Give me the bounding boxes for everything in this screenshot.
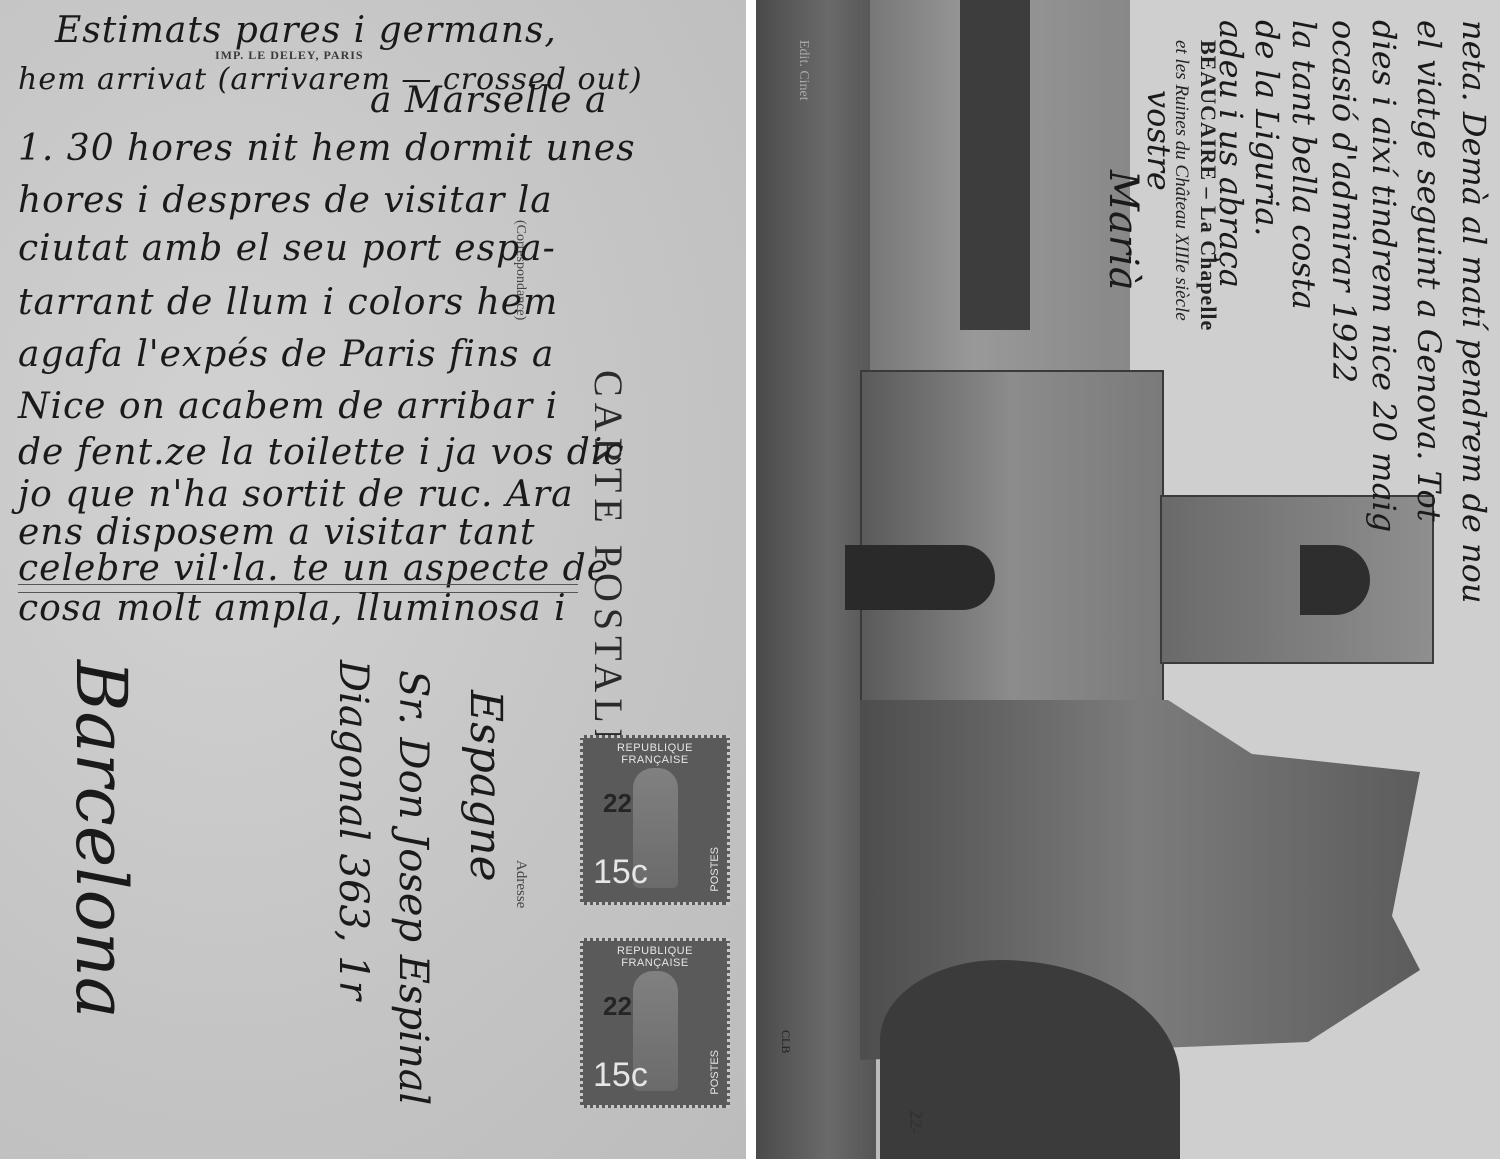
- message-line: ens disposem a visitar tant: [18, 512, 535, 553]
- photo-chapel-door: [845, 545, 995, 610]
- card-number: 22-: [905, 1110, 926, 1134]
- message-line: tarrant de llum i colors hem: [18, 282, 558, 323]
- address-street: Diagonal 363, 1r: [330, 660, 376, 1000]
- photo-shadow: [960, 0, 1030, 330]
- publisher-label: Edit. Cinet: [795, 40, 811, 101]
- message-line: ciutat amb el seu port espa-: [18, 228, 556, 269]
- address-label: Adresse: [512, 860, 529, 908]
- message-line: 1. 30 hores nit hem dormit unes: [18, 128, 636, 169]
- message-line: de fent.ze la toilette i ja vos dic: [18, 432, 624, 473]
- handwriting-line: ocasió d'admirar 1922: [1325, 20, 1363, 383]
- handwriting-line: neta. Demà al matí pendrem de nou: [1455, 20, 1493, 604]
- publisher-mark: CLB: [778, 1030, 793, 1053]
- handwriting-line: el viatge seguint a Genova. Tot: [1410, 20, 1448, 522]
- message-line: agafa l'expés de Paris fins a: [18, 334, 554, 375]
- photo-chapel: [860, 370, 1164, 704]
- stamp-value: 15c: [593, 1056, 648, 1095]
- address-city: Barcelona: [60, 660, 142, 1019]
- postage-stamp: REPUBLIQUE FRANÇAISE 22 15c POSTES: [580, 735, 730, 905]
- photo-tower-arch: [1300, 545, 1370, 615]
- signature: Marià: [1100, 170, 1146, 291]
- message-line: cosa molt ampla, lluminosa i: [18, 588, 567, 629]
- address-country: Espagne: [460, 690, 511, 882]
- message-line: hores i despres de visitar la: [18, 180, 553, 221]
- postage-stamp: REPUBLIQUE FRANÇAISE 22 15c POSTES: [580, 938, 730, 1108]
- stamp-side-label: POSTES: [709, 847, 721, 892]
- handwriting-line: adeu i us abraça: [1212, 20, 1250, 288]
- divider-line: [18, 584, 578, 585]
- postcard-back: IMP. LE DELEY, PARIS (Correspondance) CA…: [0, 0, 746, 1159]
- message-line: jo que n'ha sortit de ruc. Ara: [18, 474, 574, 515]
- handwriting-line: la tant bella costa: [1285, 20, 1323, 310]
- stamp-header: REPUBLIQUE FRANÇAISE: [589, 742, 721, 766]
- handwriting-line: de la Liguria.: [1248, 20, 1286, 236]
- stamp-value: 15c: [593, 853, 648, 892]
- stamp-side-label: POSTES: [709, 1050, 721, 1095]
- image-divider: [746, 0, 756, 1159]
- message-line: Nice on acabem de arribar i: [18, 386, 558, 427]
- message-line: celebre vil·la. te un aspecte de: [18, 548, 609, 589]
- postmark: 22: [603, 991, 632, 1022]
- postmark: 22: [603, 788, 632, 819]
- address-recipient: Sr. Don Josep Espinal: [390, 670, 436, 1105]
- handwriting-line: dies i així tindrem nice 20 maig: [1365, 20, 1403, 532]
- message-line: a Marselle a: [370, 80, 607, 121]
- message-line: Estimats pares i germans,: [55, 10, 557, 51]
- stamp-header: REPUBLIQUE FRANÇAISE: [589, 945, 721, 969]
